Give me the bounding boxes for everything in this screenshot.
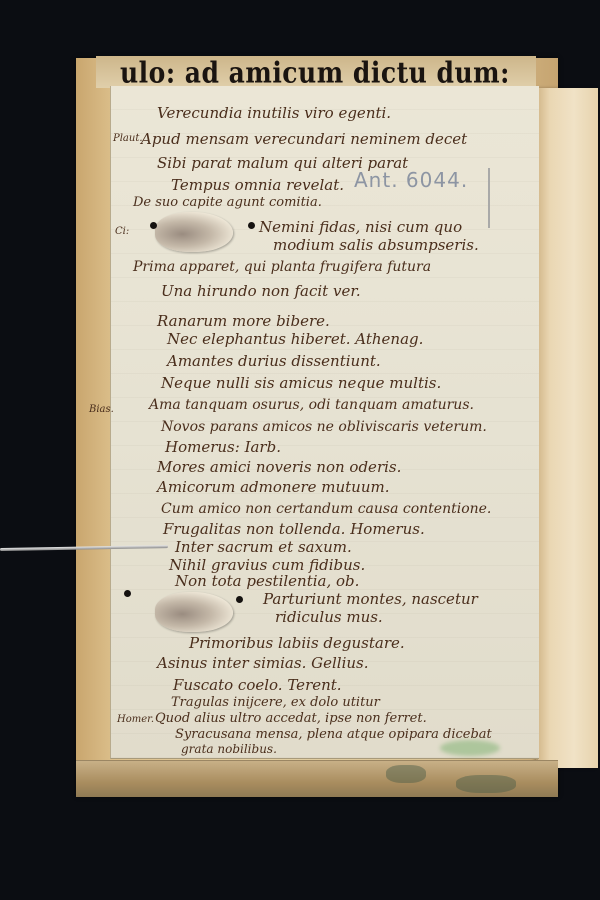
wormhole: [236, 596, 243, 603]
line-31: Syracusana mensa, plena atque opipara di…: [175, 726, 492, 744]
margin-note-bias: Bias.: [89, 404, 114, 415]
line-24: Parturiunt montes, nascetur: [263, 590, 478, 608]
line-4: Tempus omnia revelat.: [171, 176, 344, 194]
line-13: Neque nulli sis amicus neque multis.: [161, 374, 441, 392]
line-30: Quod alius ultro accedat, ipse non ferre…: [155, 710, 427, 728]
shelfmark: Ant. 6044.: [354, 168, 468, 192]
wormhole: [150, 222, 157, 229]
line-11: Nec elephantus hiberet. Athenag.: [167, 330, 423, 348]
binding-bottom-edge: [76, 760, 558, 797]
line-14: Ama tanquam osurus, odi tanquam amaturus…: [149, 396, 474, 414]
wormhole: [124, 590, 131, 597]
line-6: Nemini fidas, nisi cum quo: [259, 218, 462, 236]
line-5: De suo capite agunt comitia.: [133, 194, 322, 212]
line-15: Novos parans amicos ne obliviscaris vete…: [161, 418, 487, 436]
preserved-insect-upper: [155, 212, 233, 252]
line-8: Prima apparet, qui planta frugifera futu…: [133, 258, 431, 276]
line-12: Amantes durius dissentiunt.: [167, 352, 381, 370]
line-25: ridiculus mus.: [275, 608, 383, 626]
line-21: Inter sacrum et saxum.: [175, 538, 352, 556]
margin-note-plautus: Plaut.: [113, 133, 143, 144]
line-1: Verecundia inutilis viro egenti.: [157, 104, 391, 122]
right-flyleaf: [536, 88, 598, 768]
line-7: modium salis absumpseris.: [273, 236, 479, 254]
line-28: Fuscato coelo. Terent.: [173, 676, 342, 694]
manuscript-photo: ulo: ad amicum dictu dum: Verecundia inu…: [0, 0, 600, 900]
line-16: Homerus: Iarb.: [165, 438, 281, 456]
line-20: Frugalitas non tollenda. Homerus.: [163, 520, 425, 538]
line-22: Nihil gravius cum fidibus.: [169, 556, 365, 574]
line-17: Mores amici noveris non oderis.: [157, 458, 401, 476]
handwritten-leaf: Verecundia inutilis viro egenti. Plaut. …: [110, 86, 539, 759]
shelfmark-bracket: [484, 168, 490, 228]
line-18: Amicorum admonere mutuum.: [157, 478, 390, 496]
line-9: Una hirundo non facit ver.: [161, 282, 361, 300]
line-29: Tragulas inijcere, ex dolo utitur: [171, 694, 380, 712]
line-26: Primoribus labiis degustare.: [189, 634, 405, 652]
margin-note-cicero: Ci:: [115, 226, 129, 237]
line-32: grata nobilibus.: [181, 740, 277, 758]
line-10: Ranarum more bibere.: [157, 312, 330, 330]
wormhole: [248, 222, 255, 229]
margin-note-homerus: Homer.: [117, 714, 154, 725]
line-27: Asinus inter simias. Gellius.: [157, 654, 369, 672]
preserved-insect-lower: [155, 592, 233, 632]
line-19: Cum amico non certandum causa contention…: [161, 500, 491, 518]
line-2: Apud mensam verecundari neminem decet: [141, 130, 467, 148]
line-23: Non tota pestilentia, ob.: [175, 572, 359, 590]
green-stain: [440, 740, 500, 756]
